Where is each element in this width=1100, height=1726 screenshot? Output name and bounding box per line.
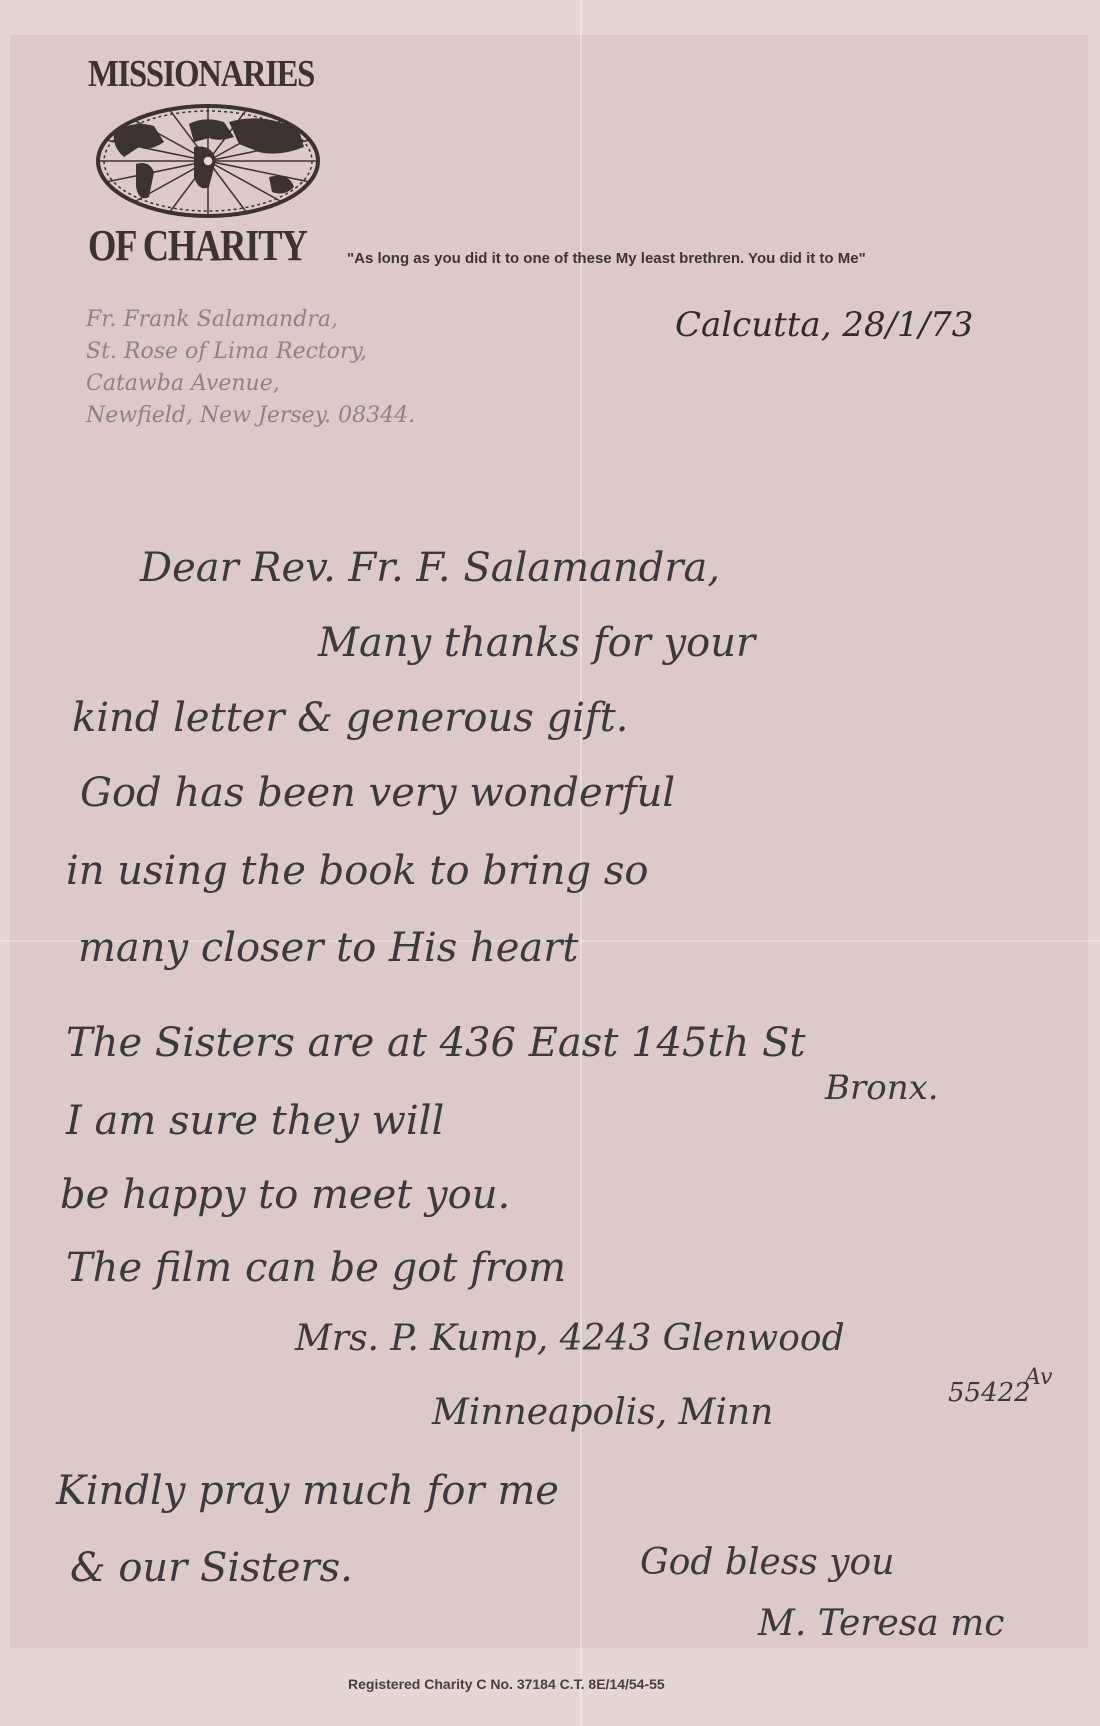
org-name-top: MISSIONARIES	[88, 52, 294, 96]
letter-line: Mrs. P. Kump, 4243 Glenwood	[295, 1318, 845, 1359]
closing: God bless you	[640, 1542, 894, 1583]
address-line: St. Rose of Lima Rectory,	[86, 336, 415, 368]
letterhead-logo: MISSIONARIES	[88, 52, 328, 262]
letter-line: I am sure they will	[66, 1098, 444, 1144]
address-line: Catawba Avenue,	[86, 368, 415, 400]
letter-line: kind letter & generous gift.	[72, 695, 628, 741]
recipient-address: Fr. Frank Salamandra, St. Rose of Lima R…	[86, 304, 415, 432]
dateline: Calcutta, 28/1/73	[675, 305, 973, 345]
letter-line: Bronx.	[825, 1068, 939, 1108]
letter-line: many closer to His heart	[78, 925, 578, 971]
letter-line: be happy to meet you.	[60, 1172, 510, 1218]
signature: M. Teresa mc	[758, 1603, 1004, 1644]
address-line: Newfield, New Jersey. 08344.	[86, 400, 415, 432]
salutation: Dear Rev. Fr. F. Salamandra,	[140, 545, 720, 591]
globe-icon	[94, 102, 322, 220]
letter-line: The Sisters are at 436 East 145th St	[66, 1020, 805, 1066]
letterhead-motto: "As long as you did it to one of these M…	[347, 250, 866, 267]
letter-line: God has been very wonderful	[80, 770, 675, 816]
org-name-bottom: OF CHARITY	[88, 220, 287, 271]
registration-footer: Registered Charity C No. 37184 C.T. 8E/1…	[348, 1676, 665, 1692]
letter-line: in using the book to bring so	[66, 848, 648, 894]
letter-line: & our Sisters.	[70, 1545, 353, 1591]
address-line: Fr. Frank Salamandra,	[86, 304, 415, 336]
letter-line: Kindly pray much for me	[56, 1468, 559, 1514]
letter-line: The film can be got from	[66, 1245, 566, 1291]
letter-line: Many thanks for your	[318, 620, 755, 666]
letter-line: 55422	[948, 1378, 1031, 1408]
letter-line: Minneapolis, Minn	[432, 1392, 773, 1433]
